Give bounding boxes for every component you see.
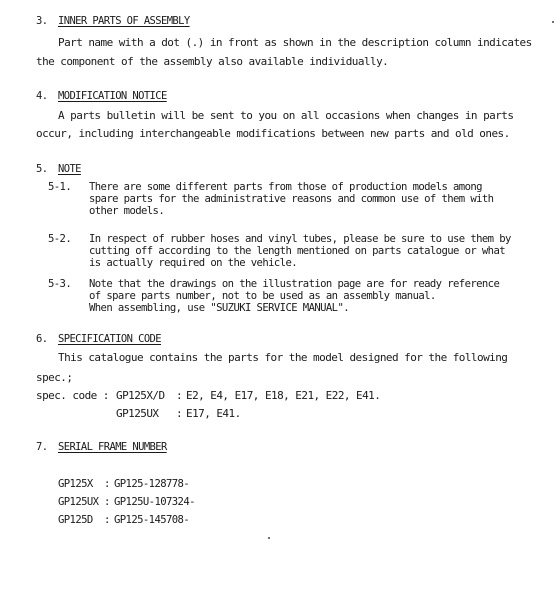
note-line: When assembling, use "SUZUKI SERVICE MAN… (89, 302, 349, 315)
spec-separator: : (176, 389, 182, 402)
spec-codes: E2, E4, E17, E18, E21, E22, E41. (186, 389, 380, 402)
section-number: 6. (36, 333, 47, 346)
frame-model: GP125X (58, 478, 93, 491)
frame-model: GP125UX (58, 496, 98, 509)
frame-number: GP125-128778- (114, 478, 189, 491)
frame-separator: : (104, 496, 110, 509)
spec-separator: : (176, 407, 182, 420)
paragraph-line: Part name with a dot (.) in front as sho… (58, 36, 532, 49)
paragraph-line: This catalogue contains the parts for th… (58, 351, 507, 364)
frame-number: GP125-145708- (114, 514, 189, 527)
section-title: NOTE (58, 163, 81, 176)
section-number: 5. (36, 163, 47, 176)
spec-model: GP125X/D (116, 389, 165, 402)
spec-code-label: spec. code : (36, 389, 109, 402)
frame-separator: : (104, 514, 110, 527)
frame-model: GP125D (58, 514, 93, 527)
note-number: 5-1. (48, 181, 71, 194)
frame-number: GP125U-107324- (114, 496, 195, 509)
section-title: SPECIFICATION CODE (58, 333, 161, 346)
spec-model: GP125UX (116, 407, 159, 420)
note-number: 5-3. (48, 278, 71, 291)
paragraph-line: the component of the assembly also avail… (36, 55, 388, 68)
note-line: is actually required on the vehicle. (89, 257, 297, 270)
section-number: 3. (36, 15, 47, 28)
paragraph-line: occur, including interchangeable modific… (36, 127, 510, 140)
spec-codes: E17, E41. (186, 407, 241, 420)
paragraph-line: spec.; (36, 371, 72, 384)
note-number: 5-2. (48, 233, 71, 246)
section-title: MODIFICATION NOTICE (58, 90, 167, 103)
section-number: 7. (36, 441, 47, 454)
section-number: 4. (36, 90, 47, 103)
frame-separator: : (104, 478, 110, 491)
note-line: other models. (89, 205, 164, 218)
paragraph-line: A parts bulletin will be sent to you on … (58, 109, 513, 122)
section-title: INNER PARTS OF ASSEMBLY (58, 15, 190, 28)
section-title: SERIAL FRAME NUMBER (58, 441, 167, 454)
scan-speck (552, 21, 554, 23)
scan-speck (268, 537, 270, 539)
